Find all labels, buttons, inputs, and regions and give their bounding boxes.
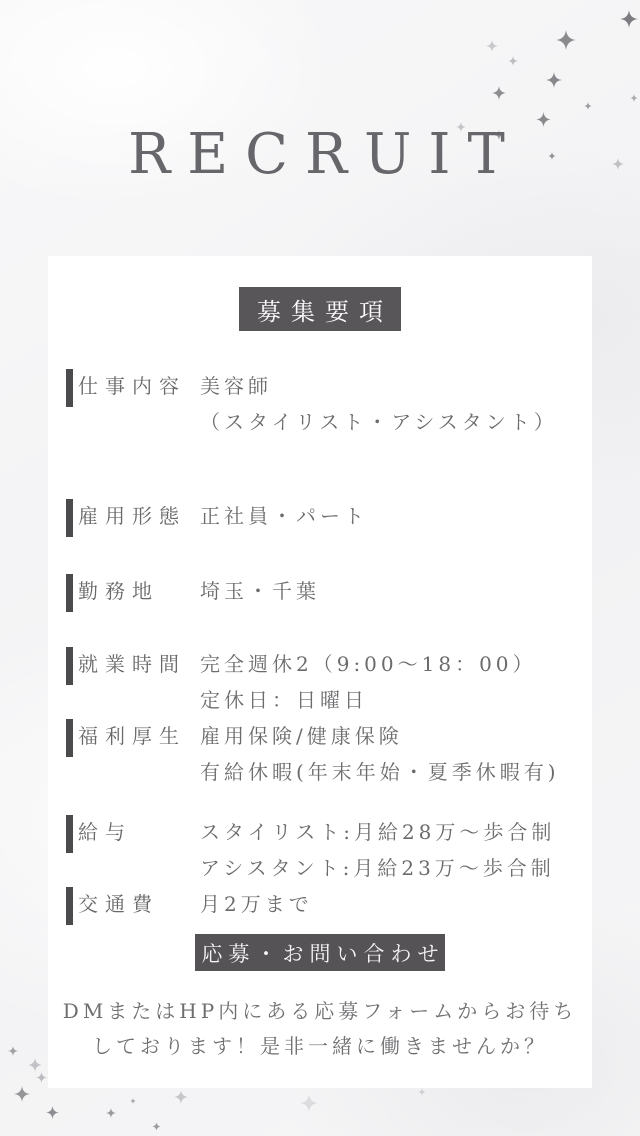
row-label: 給与 xyxy=(73,814,200,850)
row-label: 仕事内容 xyxy=(73,368,200,404)
row-value: スタイリスト:月給28万～歩合制 アシスタント:月給23万～歩合制 xyxy=(200,814,574,886)
sparkle-icon xyxy=(174,1090,188,1104)
row-label: 勤務地 xyxy=(73,573,200,609)
recruit-card: 募集要項 仕事内容 美容師 （スタイリスト・アシスタント） 雇用形態 正社員・パ… xyxy=(48,256,592,1088)
sparkle-icon xyxy=(130,1098,136,1104)
sparkle-icon xyxy=(28,1058,42,1072)
row-label: 交通費 xyxy=(73,886,200,922)
sparkle-icon xyxy=(486,40,498,52)
row-label: 雇用形態 xyxy=(73,498,200,534)
info-row-employment-type: 雇用形態 正社員・パート xyxy=(66,498,574,537)
info-row-location: 勤務地 埼玉・千葉 xyxy=(66,573,574,612)
section-heading-box: 募集要項 xyxy=(239,287,401,331)
sparkle-icon xyxy=(630,94,638,102)
sparkle-icon xyxy=(556,30,576,50)
sparkle-icon xyxy=(492,86,506,100)
info-row-transport: 交通費 月2万まで xyxy=(66,886,574,925)
footer-text-line: DMまたはHP内にある応募フォームからお待ち xyxy=(48,994,592,1029)
contact-heading: 応募・お問い合わせ xyxy=(196,938,445,968)
info-row-salary: 給与 スタイリスト:月給28万～歩合制 アシスタント:月給23万～歩合制 xyxy=(66,814,574,886)
row-label: 就業時間 xyxy=(73,646,200,682)
sparkle-icon xyxy=(152,1122,161,1131)
row-value: 月2万まで xyxy=(200,886,574,922)
info-rows: 仕事内容 美容師 （スタイリスト・アシスタント） 雇用形態 正社員・パート 勤務… xyxy=(48,368,592,925)
sparkle-icon xyxy=(36,1072,47,1083)
row-marker xyxy=(66,719,73,757)
row-marker xyxy=(66,499,73,537)
info-row-benefits: 福利厚生 雇用保険/健康保険 有給休暇(年末年始・夏季休暇有) xyxy=(66,718,574,790)
row-value: 雇用保険/健康保険 有給休暇(年末年始・夏季休暇有) xyxy=(200,718,574,790)
sparkle-icon xyxy=(418,1088,426,1096)
row-marker xyxy=(66,369,73,407)
page-title: RECRUIT xyxy=(0,120,640,190)
row-marker xyxy=(66,574,73,612)
info-row-hours: 就業時間 完全週休2（9:00～18：00） 定休日：日曜日 xyxy=(66,646,574,718)
row-marker xyxy=(66,815,73,853)
sparkle-icon xyxy=(8,1046,18,1056)
row-value: 完全週休2（9:00～18：00） 定休日：日曜日 xyxy=(200,646,574,718)
row-marker xyxy=(66,647,73,685)
footer-text-line: しております！是非一緒に働きませんか？ xyxy=(48,1029,592,1064)
sparkle-icon xyxy=(46,1106,59,1119)
sparkle-icon xyxy=(508,56,518,66)
sparkle-icon xyxy=(300,1094,318,1112)
sparkle-icon xyxy=(106,1108,116,1118)
sparkle-icon xyxy=(584,102,592,110)
info-row-job: 仕事内容 美容師 （スタイリスト・アシスタント） xyxy=(66,368,574,440)
row-value: 正社員・パート xyxy=(200,498,574,534)
row-value: 美容師 （スタイリスト・アシスタント） xyxy=(200,368,574,440)
section-heading: 募集要項 xyxy=(247,292,393,327)
contact-heading-box: 応募・お問い合わせ xyxy=(195,934,445,971)
row-label: 福利厚生 xyxy=(73,718,200,754)
sparkle-icon xyxy=(14,1086,30,1102)
footer-text: DMまたはHP内にある応募フォームからお待ち しております！是非一緒に働きません… xyxy=(48,994,592,1064)
sparkle-icon xyxy=(546,72,562,88)
row-value: 埼玉・千葉 xyxy=(200,573,574,609)
row-marker xyxy=(66,887,73,925)
sparkle-icon xyxy=(620,10,638,28)
